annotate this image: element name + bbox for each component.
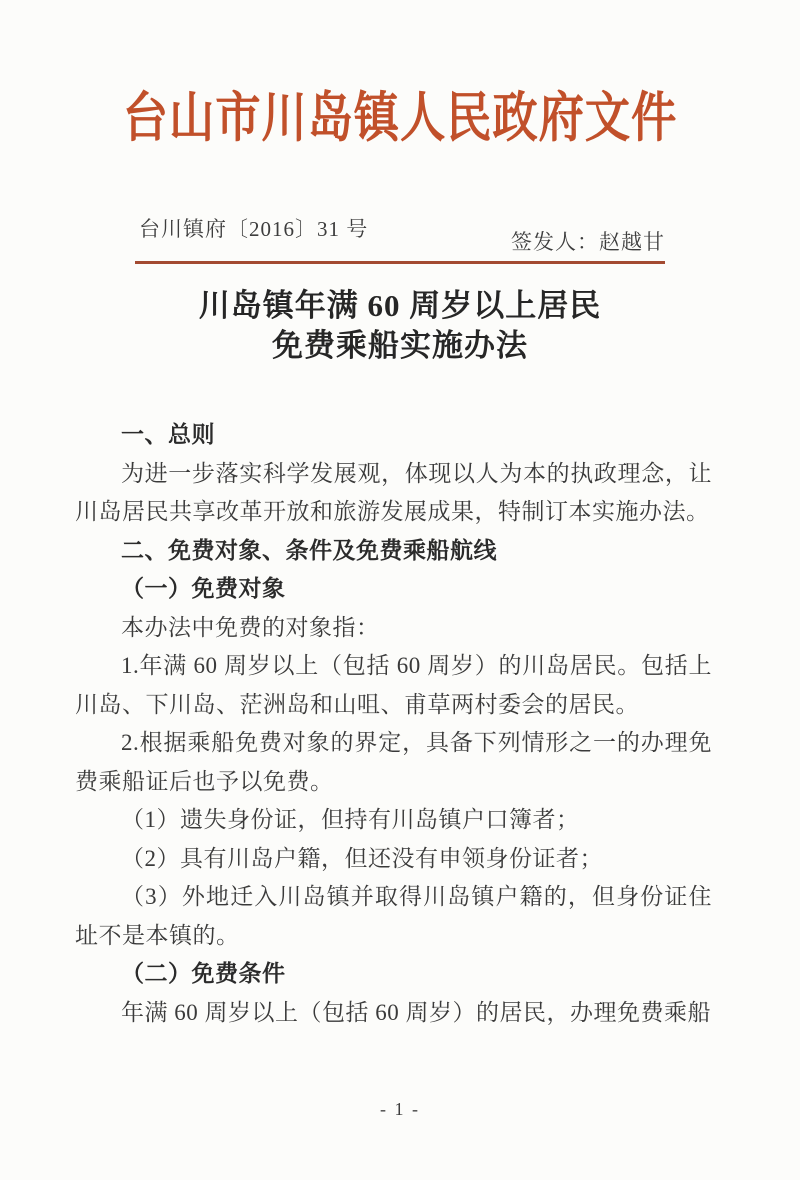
doc-title-line1: 川岛镇年满 60 周岁以上居民: [0, 286, 800, 326]
paragraph: 本办法中免费的对象指：: [75, 609, 712, 648]
paragraph: 为进一步落实科学发展观，体现以人为本的执政理念，让川岛居民共享改革开放和旅游发展…: [75, 455, 712, 532]
paragraph: （1）遗失身份证，但持有川岛镇户口簿者；: [75, 801, 712, 840]
issuer-name: 签发人：赵越甘: [511, 229, 665, 255]
paragraph: （2）具有川岛户籍，但还没有申领身份证者；: [75, 840, 712, 879]
doc-number: 台川镇府〔2016〕31 号: [135, 216, 368, 242]
doc-title: 川岛镇年满 60 周岁以上居民 免费乘船实施办法: [0, 286, 800, 366]
doc-info-row: 台川镇府〔2016〕31 号 签发人：赵越甘: [135, 216, 665, 255]
doc-body: 一、总则为进一步落实科学发展观，体现以人为本的执政理念，让川岛居民共享改革开放和…: [75, 416, 712, 1032]
paragraph: （一）免费对象: [75, 570, 712, 609]
paragraph: （二）免费条件: [75, 955, 712, 994]
paragraph: （3）外地迁入川岛镇并取得川岛镇户籍的，但身份证住址不是本镇的。: [75, 878, 712, 955]
gov-header-title: 台山市川岛镇人民政府文件: [64, 86, 736, 150]
paragraph: 一、总则: [75, 416, 712, 455]
page-number: - 1 -: [0, 1099, 800, 1120]
paragraph: 1.年满 60 周岁以上（包括 60 周岁）的川岛居民。包括上川岛、下川岛、茫洲…: [75, 647, 712, 724]
paragraph: 2.根据乘船免费对象的界定，具备下列情形之一的办理免费乘船证后也予以免费。: [75, 724, 712, 801]
doc-title-line2: 免费乘船实施办法: [0, 326, 800, 366]
paragraph: 二、免费对象、条件及免费乘船航线: [75, 532, 712, 571]
red-divider-rule: [135, 261, 665, 264]
paragraph: 年满 60 周岁以上（包括 60 周岁）的居民，办理免费乘船: [75, 994, 712, 1033]
document-page: 台山市川岛镇人民政府文件 台川镇府〔2016〕31 号 签发人：赵越甘 川岛镇年…: [0, 0, 800, 1180]
